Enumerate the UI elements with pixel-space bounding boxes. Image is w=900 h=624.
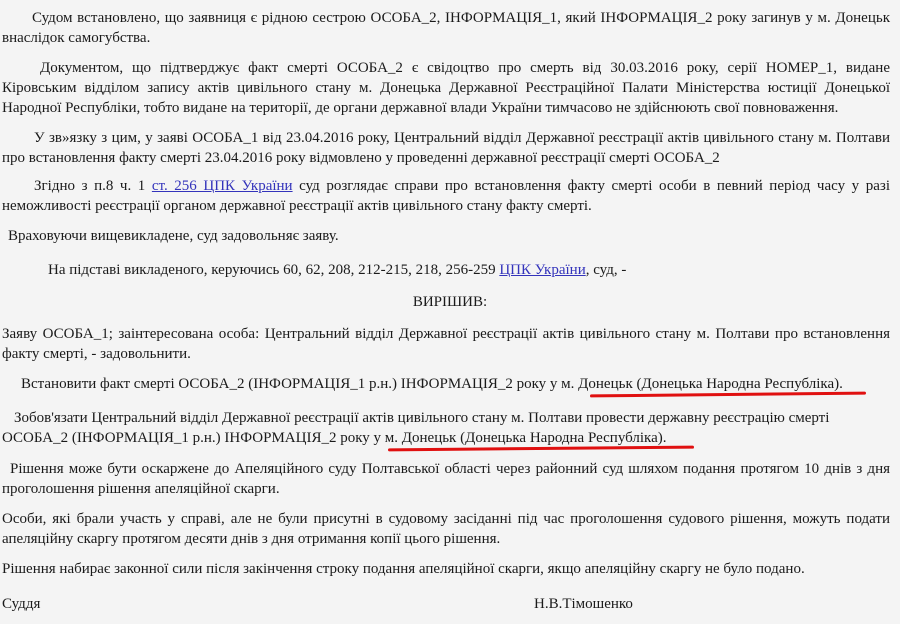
establish-text: Встановити факт смерті ОСОБА_2 (ІНФОРМАЦ…: [21, 376, 578, 392]
paragraph-entry-into-force: Рішення набирає законної сили після закі…: [2, 559, 890, 579]
legal-basis-text-start: Згідно з п.8 ч. 1: [34, 178, 152, 194]
paragraph-registration-refusal: У зв»язку з цим, у заяві ОСОБА_1 від 23.…: [2, 128, 890, 168]
highlighted-location-1: Донецьк (Донецька Народна Республіка).: [578, 376, 843, 392]
signature-judge-name: Н.В.Тімошенко: [534, 594, 633, 614]
paragraph-legal-basis: Згідно з п.8 ч. 1 ст. 256 ЦПК України су…: [2, 176, 890, 216]
paragraph-absent-parties: Особи, які брали участь у справі, але не…: [2, 509, 890, 549]
paragraph-oblige-registration: Зобов'язати Центральний відділ Державної…: [2, 408, 890, 428]
paragraph-on-the-basis: На підставі викладеного, керуючись 60, 6…: [2, 260, 890, 280]
link-cpc-ukraine[interactable]: ЦПК України: [499, 262, 585, 278]
highlighted-location-2: у м. Донецьк (Донецька Народна Республік…: [374, 430, 667, 446]
decision-heading: ВИРІШИВ:: [0, 292, 900, 312]
on-basis-text-start: На підставі викладеного, керуючись 60, 6…: [48, 262, 499, 278]
paragraph-grant-application: Заяву ОСОБА_1; заінтересована особа: Цен…: [2, 324, 890, 364]
paragraph-appeal-right: Рішення може бути оскаржене до Апеляційн…: [2, 459, 890, 499]
paragraph-oblige-registration-line2: ОСОБА_2 (ІНФОРМАЦІЯ_1 р.н.) ІНФОРМАЦІЯ_2…: [2, 428, 890, 448]
link-article-256-cpc[interactable]: ст. 256 ЦПК України: [152, 178, 293, 194]
paragraph-establish-death-fact: Встановити факт смерті ОСОБА_2 (ІНФОРМАЦ…: [2, 374, 890, 394]
on-basis-text-end: , суд, -: [586, 262, 627, 278]
paragraph-death-certificate: Документом, що підтверджує факт смерті О…: [2, 58, 890, 118]
signature-judge-label: Суддя: [2, 594, 890, 614]
paragraph-established-facts: Судом встановлено, що заявниця є рідною …: [2, 8, 890, 48]
paragraph-court-satisfies: Враховуючи вищевикладене, суд задовольня…: [2, 226, 890, 246]
oblige-text: ОСОБА_2 (ІНФОРМАЦІЯ_1 р.н.) ІНФОРМАЦІЯ_2…: [2, 430, 374, 446]
